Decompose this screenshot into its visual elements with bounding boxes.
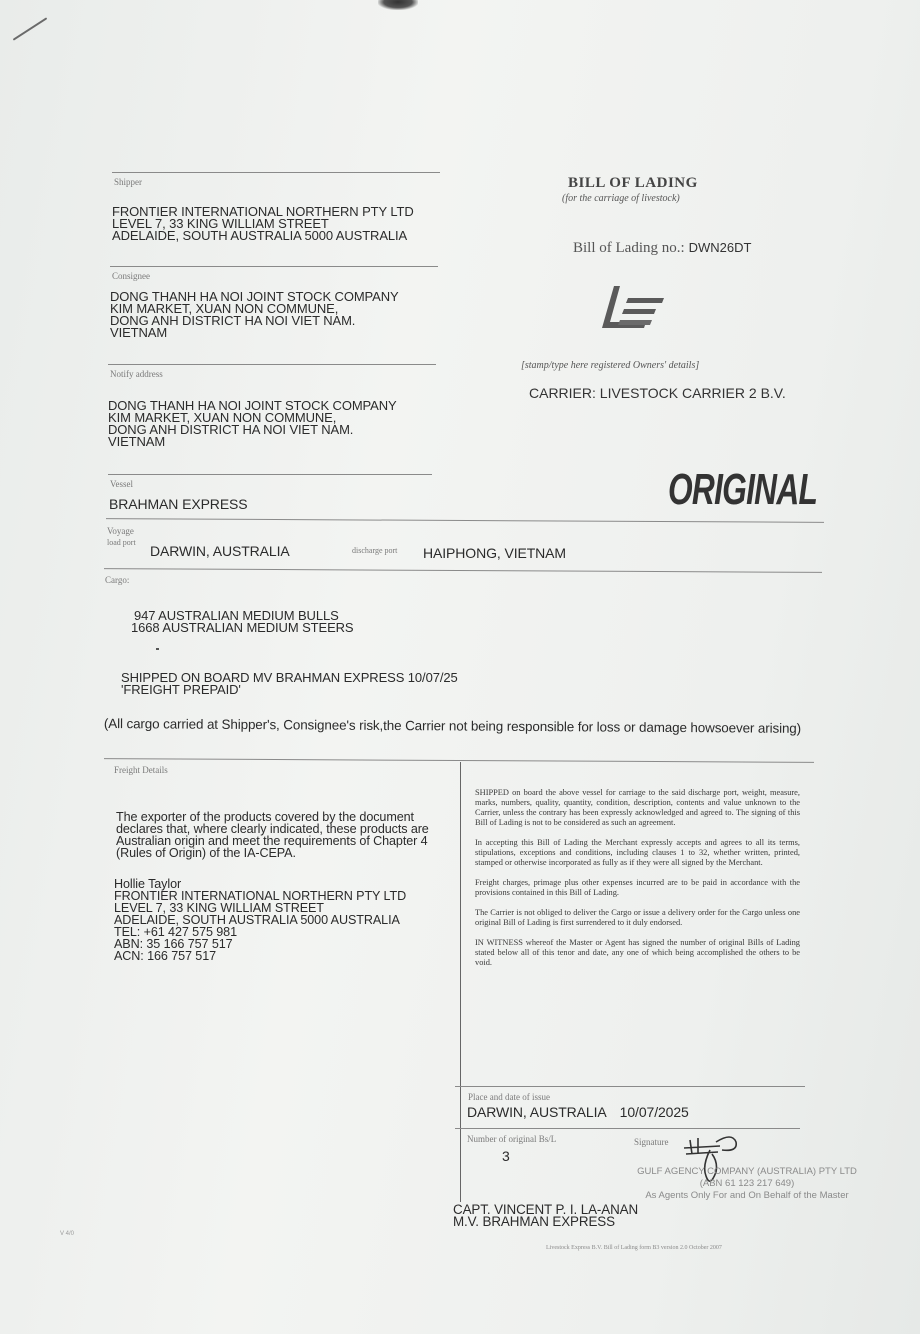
terms-paragraph: SHIPPED on board the above vessel for ca… xyxy=(475,788,800,828)
cargo-label: Cargo: xyxy=(105,575,129,585)
place-date-row: DARWIN, AUSTRALIA 10/07/2025 xyxy=(467,1106,689,1118)
original-stamp: ORIGINAL xyxy=(668,465,817,515)
shipper-label: Shipper xyxy=(114,177,142,187)
terms-paragraph: The Carrier is not obliged to deliver th… xyxy=(475,908,800,928)
master-line: M.V. BRAHMAN EXPRESS xyxy=(453,1216,638,1228)
contact-line: ACN: 166 757 517 xyxy=(114,950,406,962)
load-port-label: load port xyxy=(107,538,136,547)
freight-details-label: Freight Details xyxy=(114,765,168,775)
consignee-label: Consignee xyxy=(112,271,150,281)
stray-mark xyxy=(156,648,159,650)
cargo-item: 1668 AUSTRALIAN MEDIUM STEERS xyxy=(131,622,354,634)
master-block: CAPT. VINCENT P. I. LA-ANAN M.V. BRAHMAN… xyxy=(453,1204,638,1228)
consignee-line: VIETNAM xyxy=(110,327,399,339)
carrier-name: CARRIER: LIVESTOCK CARRIER 2 B.V. xyxy=(529,385,786,401)
origin-declaration: The exporter of the products covered by … xyxy=(116,811,446,859)
consignee-block: DONG THANH HA NOI JOINT STOCK COMPANY KI… xyxy=(110,291,399,339)
column-divider xyxy=(460,762,461,1202)
notify-line: VIETNAM xyxy=(108,436,397,448)
discharge-port: HAIPHONG, VIETNAM xyxy=(423,547,566,559)
divider xyxy=(455,1128,800,1129)
document-title: BILL OF LADING xyxy=(568,175,698,192)
notify-label: Notify address xyxy=(110,369,163,379)
pen-mark xyxy=(13,17,48,40)
divider xyxy=(110,266,438,267)
margin-code: V 4/0 xyxy=(60,1231,74,1237)
discharge-port-label: discharge port xyxy=(352,546,397,555)
shipper-block: FRONTIER INTERNATIONAL NORTHERN PTY LTD … xyxy=(112,206,414,242)
divider xyxy=(455,1086,805,1087)
freight-prepaid-line: 'FREIGHT PREPAID' xyxy=(121,684,458,696)
divider xyxy=(104,758,814,763)
issue-date: 10/07/2025 xyxy=(620,1104,689,1120)
voyage-label: Voyage xyxy=(107,526,134,536)
divider xyxy=(108,364,436,365)
shipper-line: ADELAIDE, SOUTH AUSTRALIA 5000 AUSTRALIA xyxy=(112,230,414,242)
bill-of-lading-page: Shipper FRONTIER INTERNATIONAL NORTHERN … xyxy=(0,0,920,1334)
bl-number: DWN26DT xyxy=(689,240,752,255)
cargo-items: 947 AUSTRALIAN MEDIUM BULLS 1668 AUSTRAL… xyxy=(131,610,354,634)
vessel-name: BRAHMAN EXPRESS xyxy=(109,498,248,510)
issue-place: DARWIN, AUSTRALIA xyxy=(467,1104,606,1120)
owners-note: [stamp/type here registered Owners' deta… xyxy=(521,360,699,371)
document-subtitle: (for the carriage of livestock) xyxy=(562,193,680,204)
divider xyxy=(104,568,822,573)
bl-number-row: Bill of Lading no.: DWN26DT xyxy=(573,239,751,257)
agent-line: As Agents Only For and On Behalf of the … xyxy=(627,1190,867,1202)
place-date-label: Place and date of issue xyxy=(468,1092,550,1102)
vessel-label: Vessel xyxy=(110,479,133,489)
notify-block: DONG THANH HA NOI JOINT STOCK COMPANY KI… xyxy=(108,400,397,448)
originals-label: Number of original Bs/L xyxy=(467,1134,556,1144)
terms-paragraph: IN WITNESS whereof the Master or Agent h… xyxy=(475,938,800,968)
terms-paragraph: Freight charges, primage plus other expe… xyxy=(475,878,800,898)
terms-block: SHIPPED on board the above vessel for ca… xyxy=(475,788,800,978)
signature-label: Signature xyxy=(634,1137,669,1147)
divider xyxy=(106,518,824,523)
agent-block: GULF AGENCY COMPANY (AUSTRALIA) PTY LTD … xyxy=(627,1166,867,1202)
divider xyxy=(108,474,432,475)
load-port: DARWIN, AUSTRALIA xyxy=(150,545,290,557)
form-version: Livestock Express B.V. Bill of Lading fo… xyxy=(546,1245,722,1251)
divider xyxy=(112,172,440,173)
risk-note: (All cargo carried at Shipper's, Consign… xyxy=(104,718,801,735)
shipped-block: SHIPPED ON BOARD MV BRAHMAN EXPRESS 10/0… xyxy=(121,672,458,696)
paper-clip xyxy=(378,0,418,10)
agent-line: (ABN 61 123 217 649) xyxy=(627,1178,867,1190)
bl-number-label: Bill of Lading no.: xyxy=(573,240,685,256)
originals-count: 3 xyxy=(502,1150,510,1162)
agent-line: GULF AGENCY COMPANY (AUSTRALIA) PTY LTD xyxy=(627,1166,867,1178)
exporter-contact: Hollie Taylor FRONTIER INTERNATIONAL NOR… xyxy=(114,878,406,962)
terms-paragraph: In accepting this Bill of Lading the Mer… xyxy=(475,838,800,868)
carrier-logo-icon xyxy=(598,284,668,330)
